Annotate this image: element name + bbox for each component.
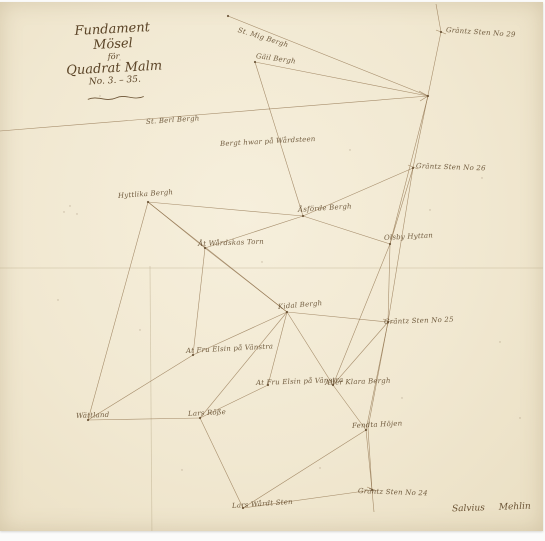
label-wattland: Wättland [76,411,110,420]
title-flourish [84,92,148,103]
survey-line [148,202,303,216]
signature-name-2: Mehlin [499,502,531,513]
survey-line [388,168,413,322]
paper-speck [139,329,140,330]
station-point [389,243,391,245]
scanned-map-image: Fundament Mösel för Quadrat Malm No. 3. … [0,0,545,541]
paper-speck [69,205,70,206]
survey-line [200,312,287,418]
paper-speck [319,467,320,468]
paper-speck [76,213,77,214]
station-point [440,31,442,33]
paper-speck [519,417,520,418]
paper-crease [150,266,152,531]
paper-speck [499,341,500,342]
station-point [286,311,288,313]
survey-line [303,216,390,244]
paper-speck [429,209,430,210]
survey-line [287,312,333,385]
paper-speck [349,149,350,150]
station-point [147,201,149,203]
survey-line [205,248,287,312]
survey-line [200,418,243,508]
survey-line [243,430,366,508]
station-point [227,15,229,17]
paper-speck [481,177,482,178]
survey-line [255,62,428,96]
survey-line [333,244,390,385]
station-point [427,95,429,97]
station-point [254,61,256,63]
paper-speck [401,397,402,398]
paper-speck [181,469,182,470]
signature-name-1: Salvius [452,503,485,514]
map-paper: Fundament Mösel för Quadrat Malm No. 3. … [0,2,543,531]
map-title-cartouche: Fundament Mösel för Quadrat Malm No. 3. … [56,19,172,109]
paper-speck [57,299,58,300]
survey-line [193,248,205,355]
survey-line [436,4,441,32]
survey-line [287,312,388,322]
station-point [302,215,304,217]
paper-speck [261,261,262,262]
station-point [412,167,414,169]
paper-speck [63,211,64,212]
survey-line [88,202,148,420]
